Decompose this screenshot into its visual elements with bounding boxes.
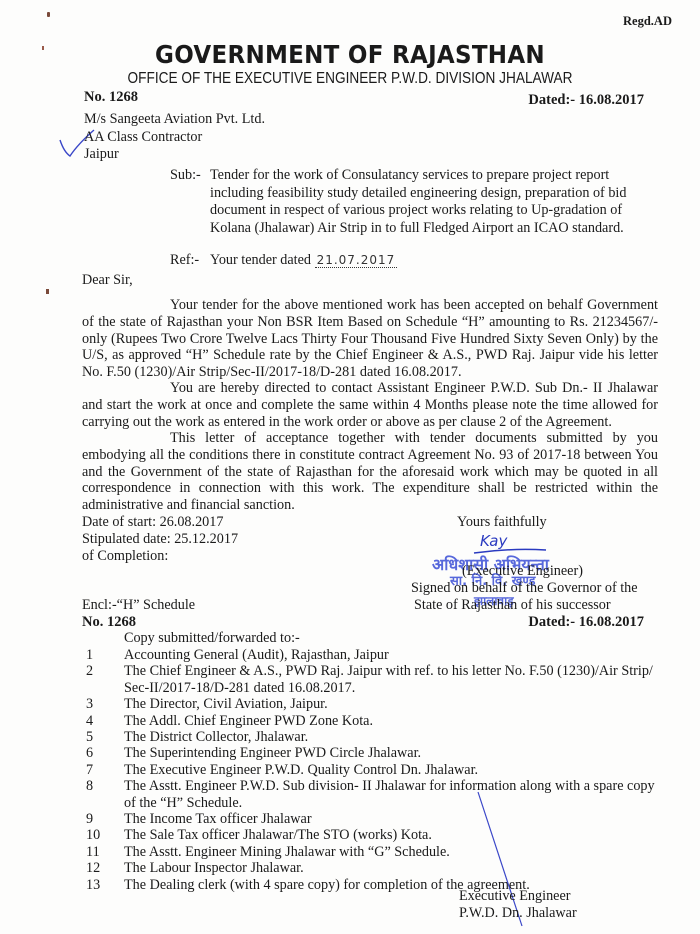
letter-date: Dated:- 16.08.2017: [528, 92, 644, 109]
body-paragraph-3: This letter of acceptance together with …: [82, 430, 658, 514]
signoff-designation: Executive Engineer: [459, 888, 577, 905]
reference-text: Your tender dated 21.07.2017: [210, 252, 397, 269]
addressee-city: Jaipur: [84, 146, 265, 164]
scan-speck: [47, 12, 50, 17]
list-item: 10The Sale Tax officer Jhalawar/The STO …: [86, 827, 666, 843]
completion-label: of Completion:: [82, 548, 238, 565]
list-item: 2The Chief Engineer & A.S., PWD Raj. Jai…: [86, 663, 666, 696]
scan-speck: [42, 46, 44, 50]
addressee-block: M/s Sangeeta Aviation Pvt. Ltd. AA Class…: [84, 111, 265, 164]
signed-on-behalf-line-2: State of Rajasthan of his successor: [414, 597, 611, 614]
reference-prefix: Your tender dated: [210, 252, 311, 268]
subject-text: Tender for the work of Consulatancy serv…: [210, 167, 656, 237]
copy-to-heading: Copy submitted/forwarded to:-: [124, 630, 300, 647]
letter-number: No. 1268: [84, 89, 138, 106]
date-of-start: Date of start: 26.08.2017: [82, 514, 238, 531]
subject-label: Sub:-: [170, 167, 201, 184]
list-item: 12The Labour Inspector Jhalawar.: [86, 860, 666, 876]
list-item: 4The Addl. Chief Engineer PWD Zone Kota.: [86, 713, 666, 729]
copy-to-list: 1Accounting General (Audit), Rajasthan, …: [86, 647, 666, 893]
letterhead-office: OFFICE OF THE EXECUTIVE ENGINEER P.W.D. …: [29, 70, 671, 88]
reference-label: Ref:-: [170, 252, 199, 269]
signoff-block: Executive Engineer P.W.D. Dn. Jhalawar: [459, 888, 577, 922]
list-item: 5The District Collector, Jhalawar.: [86, 729, 666, 745]
list-item: 6The Superintending Engineer PWD Circle …: [86, 745, 666, 761]
letterhead-title: GOVERNMENT OF RAJASTHAN: [28, 40, 672, 69]
dates-block: Date of start: 26.08.2017 Stipulated dat…: [82, 514, 238, 565]
list-item: 9The Income Tax officer Jhalawar: [86, 811, 666, 827]
list-item: 1Accounting General (Audit), Rajasthan, …: [86, 647, 666, 663]
list-item: 11The Asstt. Engineer Mining Jhalawar wi…: [86, 844, 666, 860]
signoff-division: P.W.D. Dn. Jhalawar: [459, 905, 577, 922]
copy-letter-date: Dated:- 16.08.2017: [528, 614, 644, 631]
stipulated-date: Stipulated date: 25.12.2017: [82, 531, 238, 548]
list-item: 7The Executive Engineer P.W.D. Quality C…: [86, 762, 666, 778]
salutation: Dear Sir,: [82, 272, 133, 289]
addressee-company: M/s Sangeeta Aviation Pvt. Ltd.: [84, 111, 265, 129]
enclosure: Encl:-“H” Schedule: [82, 597, 195, 614]
signed-on-behalf-line-1: Signed on behalf of the Governor of the: [411, 580, 638, 597]
addressee-class: AA Class Contractor: [84, 129, 265, 147]
reference-handwritten-date: 21.07.2017: [315, 253, 398, 268]
list-item: 8The Asstt. Engineer P.W.D. Sub division…: [86, 778, 666, 811]
copy-letter-number: No. 1268: [82, 614, 136, 631]
list-item: 3The Director, Civil Aviation, Jaipur.: [86, 696, 666, 712]
body-paragraph-1: Your tender for the above mentioned work…: [82, 297, 658, 381]
body-paragraph-2: You are hereby directed to contact Assis…: [82, 380, 658, 430]
scan-speck: [46, 289, 49, 294]
registered-ad-tag: Regd.AD: [623, 14, 672, 29]
yours-faithfully: Yours faithfully: [457, 514, 547, 531]
list-item: 13The Dealing clerk (with 4 spare copy) …: [86, 877, 666, 893]
